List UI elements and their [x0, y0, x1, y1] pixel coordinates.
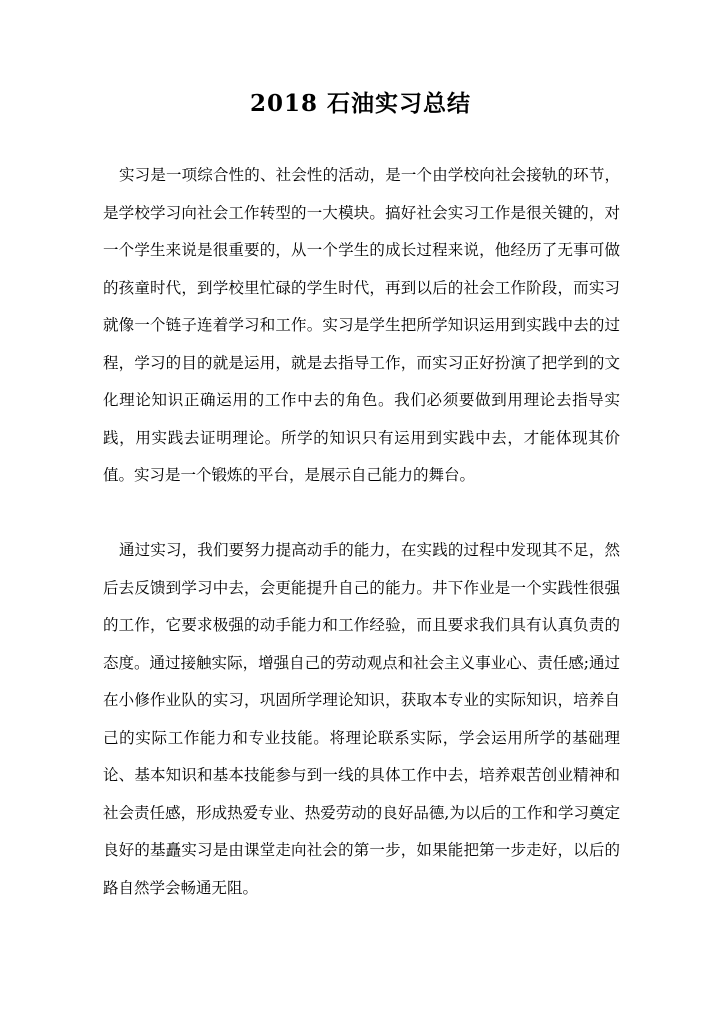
document-page: 2018 石油实习总结 实习是一项综合性的、社会性的活动，是一个由学校向社会接轨…	[0, 0, 721, 1020]
paragraph-2: 通过实习，我们要努力提高动手的能力，在实践的过程中发现其不足，然后去反馈到学习中…	[103, 532, 620, 907]
document-body: 实习是一项综合性的、社会性的活动，是一个由学校向社会接轨的环节，是学校学习向社会…	[103, 157, 620, 907]
document-title: 2018 石油实习总结	[0, 0, 721, 120]
paragraph-1: 实习是一项综合性的、社会性的活动，是一个由学校向社会接轨的环节，是学校学习向社会…	[103, 157, 620, 495]
